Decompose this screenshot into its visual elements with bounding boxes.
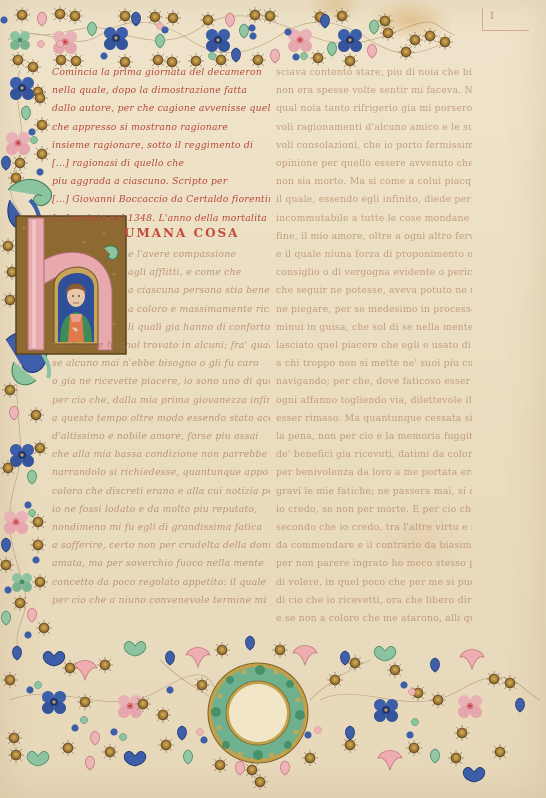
text-line: navigando; per che, dove faticoso esser …: [276, 373, 472, 391]
right-column-text: sciava contento stare, piu di noia che b…: [276, 64, 472, 628]
text-line: ogni affanno togliendo via, dilettevole …: [276, 392, 472, 410]
text-line: narrandolo si richiedesse, quantunque ap…: [52, 464, 270, 482]
text-line: il quale, essendo egli infinito, diede p…: [276, 191, 472, 209]
text-line: la pena, non per cio e la memoria fuggit…: [276, 428, 472, 446]
rubric-line: piu aggrada a ciascuno. Scripto per: [52, 173, 270, 191]
rubric-line: [...] ragionasi di quello che: [52, 155, 270, 173]
text-line: a coloro e massimamente richiesto: [52, 301, 270, 319]
text-line: e l'avere compassione: [52, 246, 270, 264]
text-line: ne piegare, per se medesimo in processo …: [276, 301, 472, 319]
text-line: di cio che io ricevetti, ora che libero …: [276, 592, 472, 610]
text-line: a sofferire, certo non per crudelta dell…: [52, 537, 270, 555]
text-line: agli afflitti, e come che: [52, 264, 270, 282]
rubric-line: [...] Giovanni Boccaccio da Certaldo fio…: [52, 191, 270, 209]
rubric-line: nella quale, dopo la dimostrazione fatta: [52, 82, 270, 100]
text-line: li quali gia hanno di conforto avuto: [52, 319, 270, 337]
text-line: per cio che a niuno convenevole termine …: [52, 592, 270, 610]
text-line: di volere, in quel poco che per me si pu…: [276, 574, 472, 592]
text-line: sciava contento stare, piu di noia che b…: [276, 64, 472, 82]
text-line: che alla mia bassa condizione non parreb…: [52, 446, 270, 464]
text-line: incommutabile a tutte le cose mondane av…: [276, 210, 472, 228]
text-line: che seguir ne potesse, aveva potuto ne r…: [276, 282, 472, 300]
text-line: minui in guisa, che sol di se nella ment…: [276, 319, 472, 337]
rubric-line: che appresso si mostrano ragionare: [52, 119, 270, 137]
manuscript-page: 1: [0, 0, 546, 798]
text-line: per cio che, dalla mia prima giovanezza …: [52, 392, 270, 410]
text-line: a chi troppo non si mette ne' suoi piu c…: [276, 355, 472, 373]
left-column-text: e l'avere compassione agli afflitti, e c…: [52, 246, 270, 610]
text-line: gravi le mie fatiche; ne passera mai, si…: [276, 483, 472, 501]
text-line: fine, il mio amore, oltre a ogni altro f…: [276, 228, 472, 246]
text-line: nondimeno mi fu egli di grandissima fati…: [52, 519, 270, 537]
text-line: per non parere ingrato ho meco stesso pr…: [276, 555, 472, 573]
rubric-line: dallo autore, per che cagione avvenisse …: [52, 100, 270, 118]
text-line: da commendare e il contrario da biasimar…: [276, 537, 472, 555]
text-line: mestiere e hannol trovato in alcuni; fra…: [52, 337, 270, 355]
text-line: io credo, se non per morte. E per cio ch…: [276, 501, 472, 519]
text-line: concetto da poco regolato appetito: il q…: [52, 574, 270, 592]
rubric-line: insieme ragionare, sotto il reggimento d…: [52, 137, 270, 155]
text-line: o gia ne ricevette piacere, io sono uno …: [52, 373, 270, 391]
text-line: non era spesse volte sentir mi faceva. N…: [276, 82, 472, 100]
text-line: opinione per quello essere avvenuto che …: [276, 155, 472, 173]
text-line: coloro che discreti erano e alla cui not…: [52, 483, 270, 501]
text-line: voli consolazioni, che io porto fermissi…: [276, 137, 472, 155]
text-line: e se non a coloro che me atarono, alli q…: [276, 610, 472, 628]
text-line: a ciascuna persona stia bene,: [52, 282, 270, 300]
rubric-line: Comincia la prima giornata del decameron: [52, 64, 270, 82]
text-line: e il quale niuna forza di proponimento o…: [276, 246, 472, 264]
text-line: esser rimaso. Ma quantunque cessata sia: [276, 410, 472, 428]
text-line: io ne fossi lodato e da molto piu reputa…: [52, 501, 270, 519]
text-line: de' benefici gia ricevuti, datimi da col…: [276, 446, 472, 464]
text-line: secondo che io credo, tra l'altre virtu …: [276, 519, 472, 537]
text-line: per benivolenza da loro a me portata era…: [276, 464, 472, 482]
text-line: amata, ma per soverchio fuoco nella ment…: [52, 555, 270, 573]
text-line: a questo tempo oltre modo essendo stato …: [52, 410, 270, 428]
text-line: non sia morto. Ma si come a colui piacqu…: [276, 173, 472, 191]
rubric: Comincia la prima giornata del decameron…: [52, 64, 270, 228]
text-line: lasciato quel piacere che egli e usato d…: [276, 337, 472, 355]
text-line: consiglio o di vergogna evidente o peric…: [276, 264, 472, 282]
text-line: qual noia tanto rifrigerio gia mi porser…: [276, 100, 472, 118]
text-line: se alcuno mai n'ebbe bisogno o gli fu ca…: [52, 355, 270, 373]
wreath-roundel: [208, 663, 308, 763]
incipit-heading: UMANA COSA: [124, 226, 240, 240]
text-line: d'altissimo e nobile amore, forse piu as…: [52, 428, 270, 446]
text-line: voli ragionamenti d'alcuno amico e le su…: [276, 119, 472, 137]
